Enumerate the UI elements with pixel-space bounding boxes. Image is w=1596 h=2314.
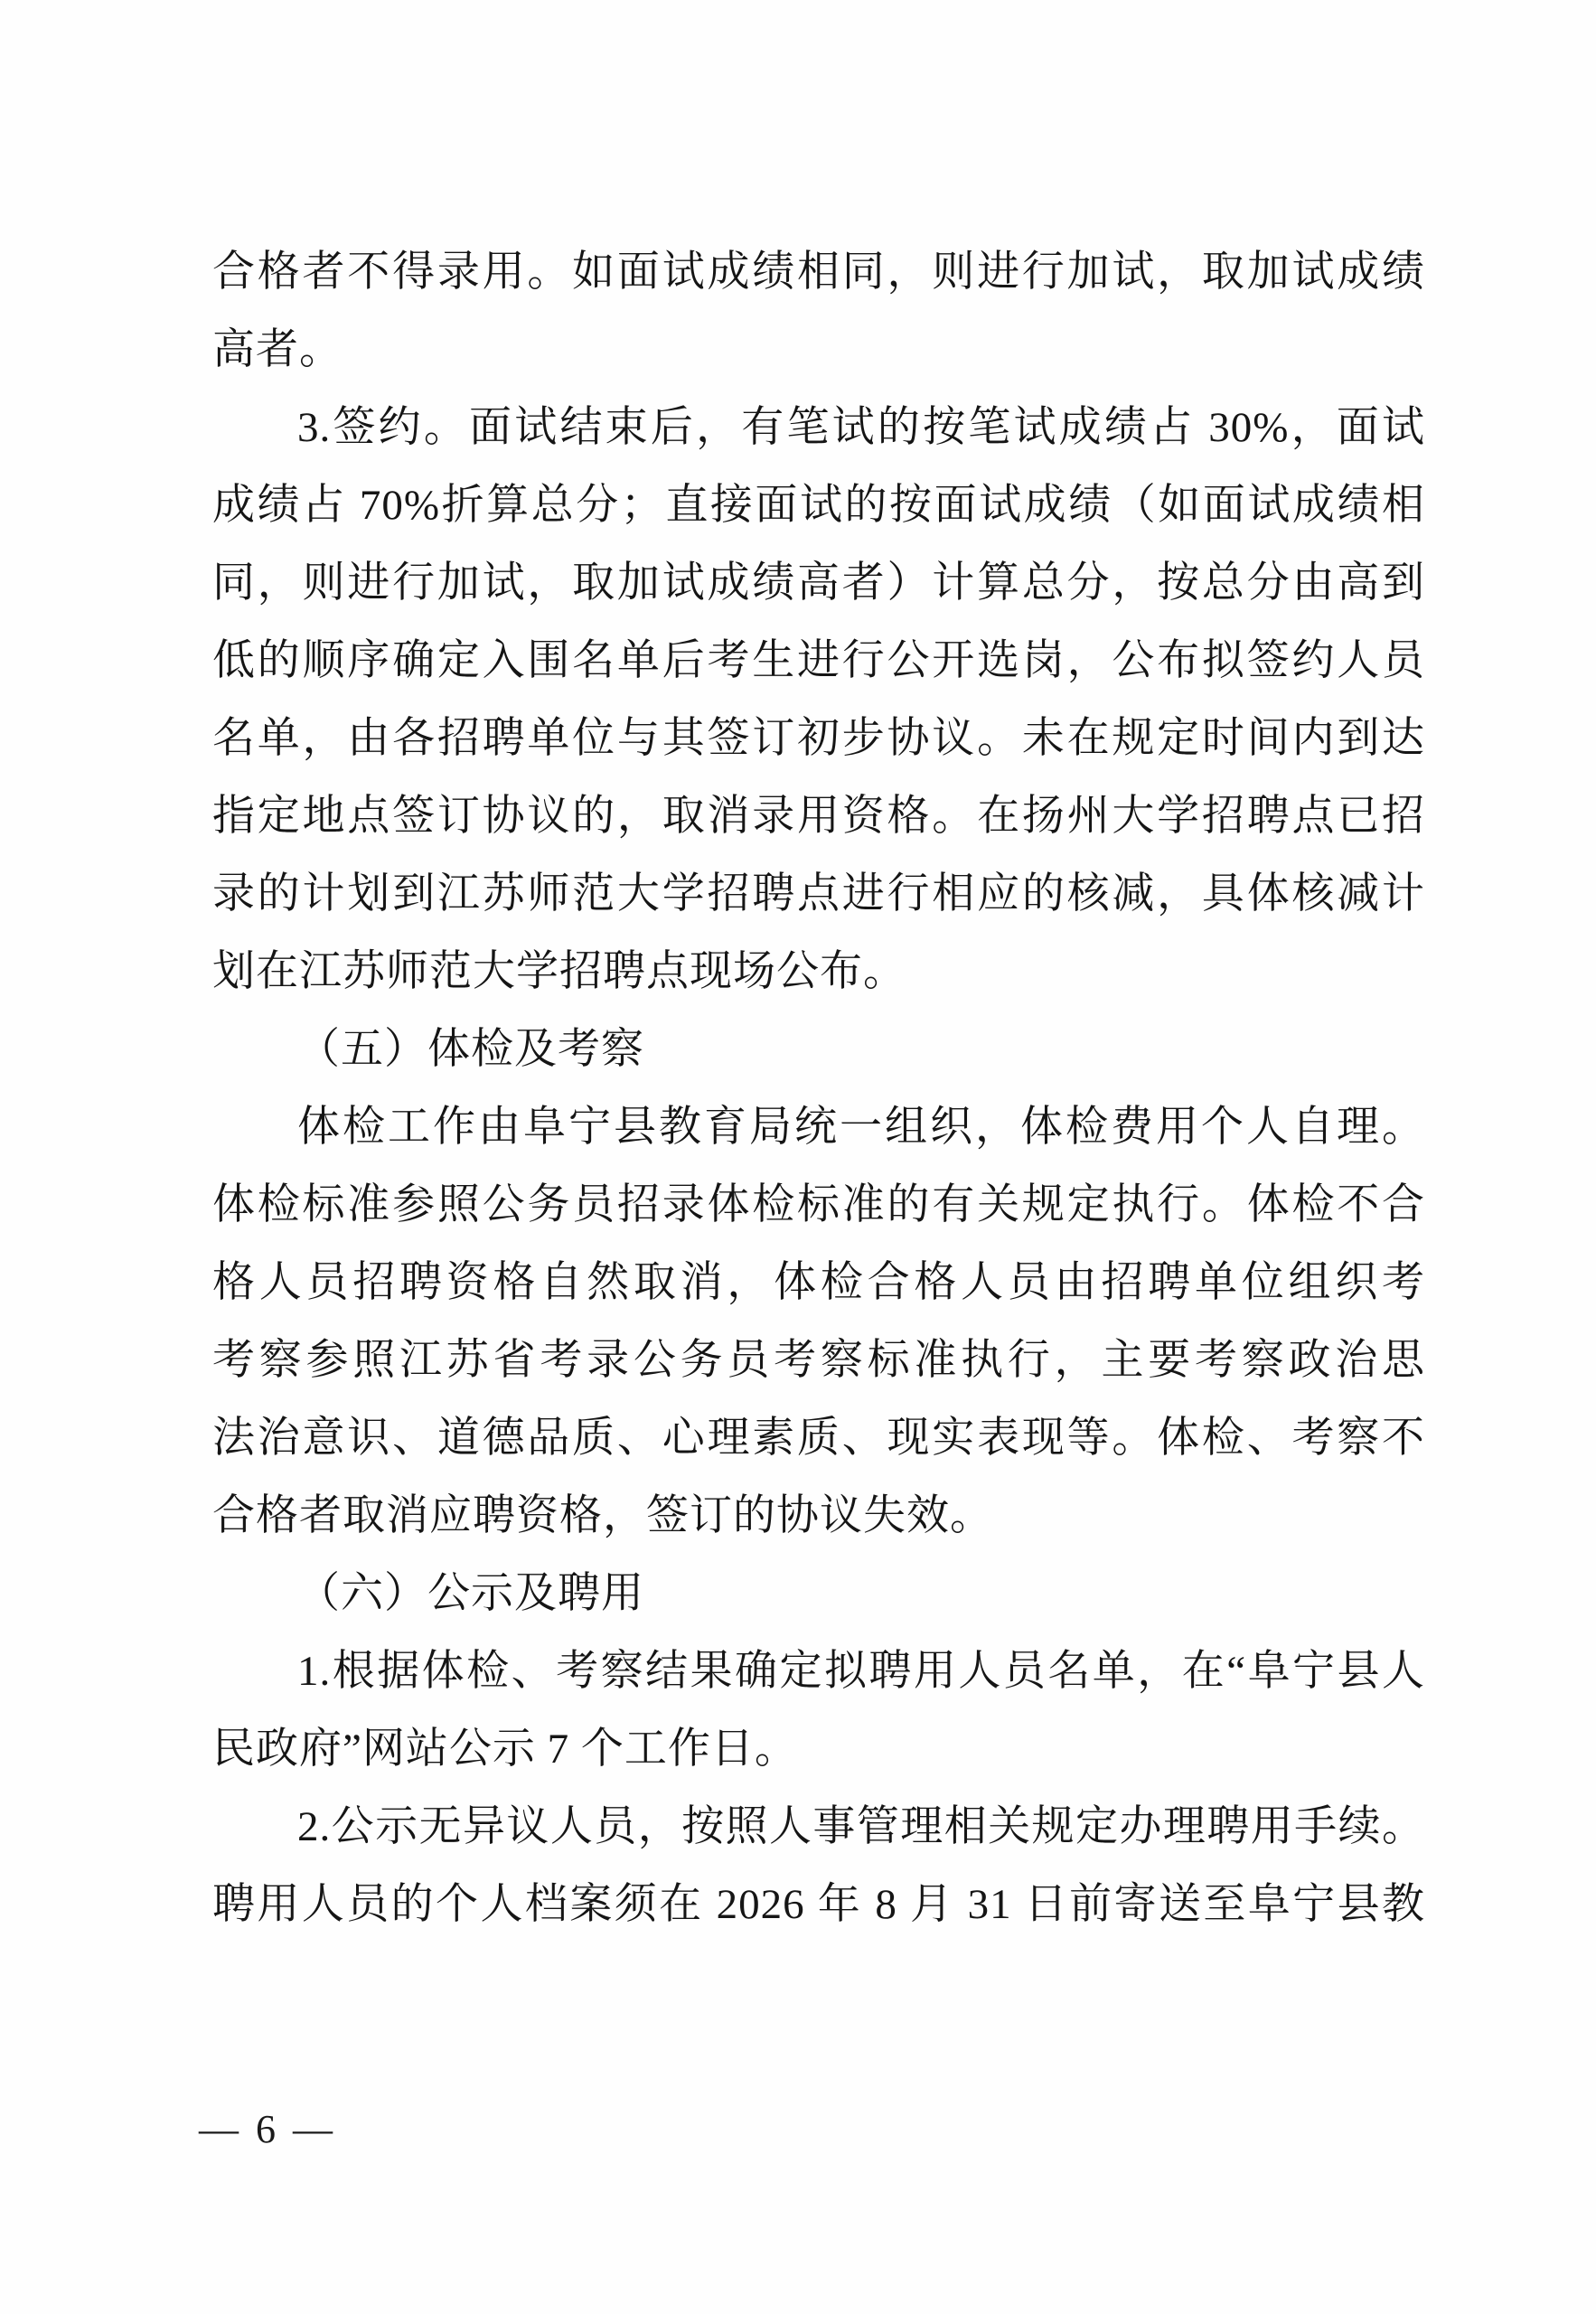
- text-line: 体检标准参照公务员招录体检标准的有关规定执行。体检不合: [212, 1166, 1425, 1244]
- text-line: （六）公示及聘用: [212, 1555, 1425, 1632]
- text-line: 低的顺序确定入围名单后考生进行公开选岗，公布拟签约人员: [212, 622, 1425, 700]
- text-line: 同，则进行加试，取加试成绩高者）计算总分，按总分由高到: [212, 544, 1425, 622]
- text-line: 3.签约。面试结束后，有笔试的按笔试成绩占 30%，面试: [212, 389, 1425, 466]
- text-line: 2.公示无异议人员，按照人事管理相关规定办理聘用手续。: [212, 1788, 1425, 1866]
- text-line: 名单，由各招聘单位与其签订初步协议。未在规定时间内到达: [212, 700, 1425, 777]
- text-line: 格人员招聘资格自然取消，体检合格人员由招聘单位组织考察。: [212, 1244, 1425, 1322]
- text-line: 民政府”网站公示 7 个工作日。: [212, 1710, 1425, 1788]
- text-line: 合格者不得录用。如面试成绩相同，则进行加试，取加试成绩: [212, 233, 1425, 311]
- text-line: 指定地点签订协议的，取消录用资格。在扬州大学招聘点已招: [212, 777, 1425, 855]
- text-line: 成绩占 70%折算总分；直接面试的按面试成绩（如面试成绩相: [212, 466, 1425, 544]
- text-line: 高者。: [212, 311, 1425, 389]
- document-page: 合格者不得录用。如面试成绩相同，则进行加试，取加试成绩高者。3.签约。面试结束后…: [0, 0, 1596, 2314]
- document-text-block: 合格者不得录用。如面试成绩相同，则进行加试，取加试成绩高者。3.签约。面试结束后…: [212, 233, 1425, 1943]
- text-line: 合格者取消应聘资格，签订的协议失效。: [212, 1477, 1425, 1555]
- text-line: 划在江苏师范大学招聘点现场公布。: [212, 933, 1425, 1011]
- page-number: — 6 —: [199, 2106, 336, 2152]
- text-line: 录的计划到江苏师范大学招聘点进行相应的核减，具体核减计: [212, 855, 1425, 933]
- text-line: 体检工作由阜宁县教育局统一组织，体检费用个人自理。: [212, 1088, 1425, 1166]
- text-line: （五）体检及考察: [212, 1011, 1425, 1088]
- text-line: 1.根据体检、考察结果确定拟聘用人员名单，在“阜宁县人: [212, 1632, 1425, 1710]
- text-line: 法治意识、道德品质、心理素质、现实表现等。体检、考察不: [212, 1399, 1425, 1477]
- text-line: 考察参照江苏省考录公务员考察标准执行，主要考察政治思想、: [212, 1322, 1425, 1399]
- text-line: 聘用人员的个人档案须在 2026 年 8 月 31 日前寄送至阜宁县教: [212, 1866, 1425, 1943]
